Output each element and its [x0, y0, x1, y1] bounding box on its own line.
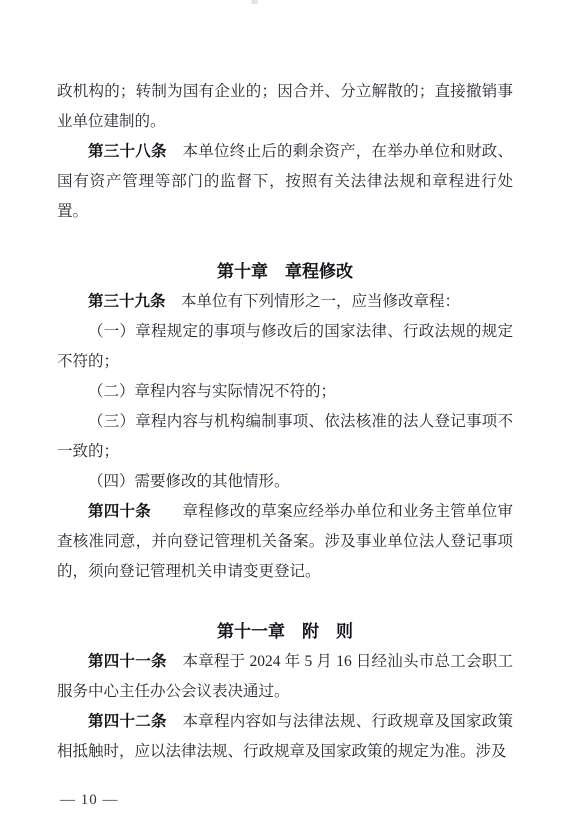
body-paragraph: （三）章程内容与机构编制事项、依法核准的法人登记事项不一致的； [57, 407, 513, 467]
article-number: 第三十八条 [88, 143, 167, 160]
body-paragraph: （四）需要修改的其他情形。 [57, 467, 513, 497]
article-paragraph: 第四十一条 本章程于 2024 年 5 月 16 日经汕头市总工会职工服务中心主… [57, 647, 513, 707]
document-page: 政机构的；转制为国有企业的；因合并、分立解散的；直接撤销事业单位建制的。第三十八… [0, 0, 573, 823]
page-number: — 10 — [60, 789, 119, 811]
article-paragraph: 第三十九条 本单位有下列情形之一，应当修改章程： [57, 287, 513, 317]
article-number: 第四十二条 [88, 713, 167, 730]
article-paragraph: 第三十八条 本单位终止后的剩余资产，在举办单位和财政、国有资产管理等部门的监督下… [57, 137, 513, 227]
chapter-heading: 第十章 章程修改 [57, 257, 513, 287]
document-body: 政机构的；转制为国有企业的；因合并、分立解散的；直接撤销事业单位建制的。第三十八… [57, 77, 513, 767]
scan-artifact [251, 0, 258, 4]
article-number: 第四十条 [88, 503, 151, 520]
chapter-heading: 第十一章 附 则 [57, 617, 513, 647]
body-paragraph: 政机构的；转制为国有企业的；因合并、分立解散的；直接撤销事业单位建制的。 [57, 77, 513, 137]
article-paragraph: 第四十二条 本章程内容如与法律法规、行政规章及国家政策相抵触时，应以法律法规、行… [57, 707, 513, 767]
article-paragraph: 第四十条 章程修改的草案应经举办单位和业务主管单位审查核准同意，并向登记管理机关… [57, 497, 513, 587]
article-number: 第四十一条 [88, 653, 167, 670]
body-paragraph: （二）章程内容与实际情况不符的； [57, 377, 513, 407]
article-number: 第三十九条 [88, 293, 166, 310]
body-paragraph: （一）章程规定的事项与修改后的国家法律、行政法规的规定不符的； [57, 317, 513, 377]
